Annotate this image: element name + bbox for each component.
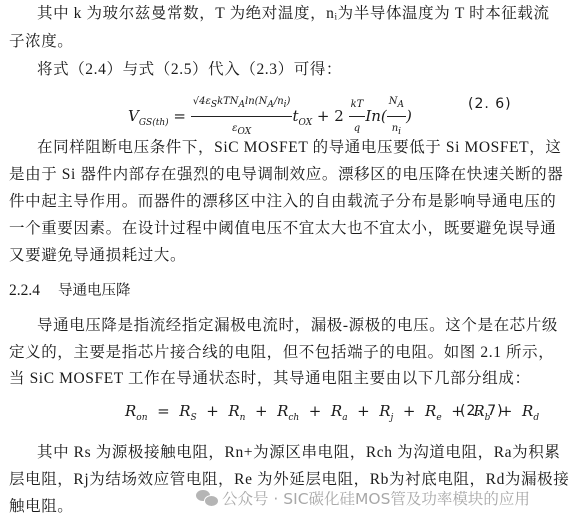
equation-number-2-7: (2. 7) xyxy=(460,403,504,419)
equation-number-2-6: (2. 6) xyxy=(468,96,512,112)
eq26-kt-q: kT q xyxy=(349,95,366,139)
eq26-lhs: V xyxy=(128,107,139,125)
eq26-ln: In( xyxy=(365,107,386,125)
paragraph-4-line-3: 当 SiC MOSFET 工作在导通状态时，其导通电阻主要由以下几部分组成： xyxy=(9,369,531,389)
paragraph-3-line-3: 件中起主导作用。而器件的漂移区中注入的自由载流子分布是影响导通电压的 xyxy=(9,192,556,212)
eq26-numerator: √4εSkTNAln(NA/ni) xyxy=(191,92,293,117)
equation-2-6: VGS(th) = √4εSkTNAln(NA/ni) εOX tOX + 2 … xyxy=(128,92,412,142)
section-title: 导通电压降 xyxy=(58,283,131,299)
paragraph-1-line-2: 子浓度。 xyxy=(9,32,73,52)
watermark: 公众号 · SIC碳化硅MOS管及功率模块的应用 xyxy=(196,487,530,509)
paragraph-3-line-1: 在同样阻断电压条件下，SiC MOSFET 的导通电压要低于 Si MOSFET… xyxy=(37,138,561,158)
section-number: 2.2.4 xyxy=(9,282,40,299)
paragraph-3-line-5: 又要避免导通损耗过大。 xyxy=(9,246,186,266)
paragraph-5-line-3: 触电阻。 xyxy=(9,497,73,517)
eq26-equals: = xyxy=(173,107,186,125)
paragraph-1-line-1: 其中 k 为玻尔兹曼常数，T 为绝对温度，nᵢ为半导体温度为 T 时本征载流 xyxy=(37,4,550,24)
paragraph-3-line-2: 是由于 Si 器件内部存在强烈的电导调制效应。漂移区的电压降在快速关断的器 xyxy=(9,165,563,185)
eq26-fraction: √4εSkTNAln(NA/ni) εOX xyxy=(191,92,293,142)
paragraph-4-line-1: 导通电压降是指流经指定漏极电流时，漏极-源极的电压。这个是在芯片级 xyxy=(37,316,558,336)
eq26-na-ni: NA ni xyxy=(387,92,406,142)
paragraph-2-line-1: 将式（2.4）与式（2.5）代入（2.3）可得： xyxy=(37,60,342,80)
eq26-plus: + 2 xyxy=(317,107,344,125)
paragraph-3-line-4: 一个重要因素。在设计过程中阈值电压不宜太大也不宜太小，既要避免误导通 xyxy=(9,219,556,239)
watermark-text: 公众号 · SIC碳化硅MOS管及功率模块的应用 xyxy=(222,490,530,508)
paragraph-4-line-2: 定义的，主要是指芯片接合线的电阻，但不包括端子的电阻。如图 2.1 所示， xyxy=(9,343,554,363)
section-heading: 2.2.4导通电压降 xyxy=(9,279,131,300)
wechat-icon xyxy=(196,490,218,506)
eq26-lhs-sub: GS(th) xyxy=(139,118,169,128)
paragraph-5-line-1: 其中 Rs 为源极接触电阻，Rn+为源区串电阻，Rch 为沟道电阻，Ra为积累 xyxy=(37,443,560,463)
